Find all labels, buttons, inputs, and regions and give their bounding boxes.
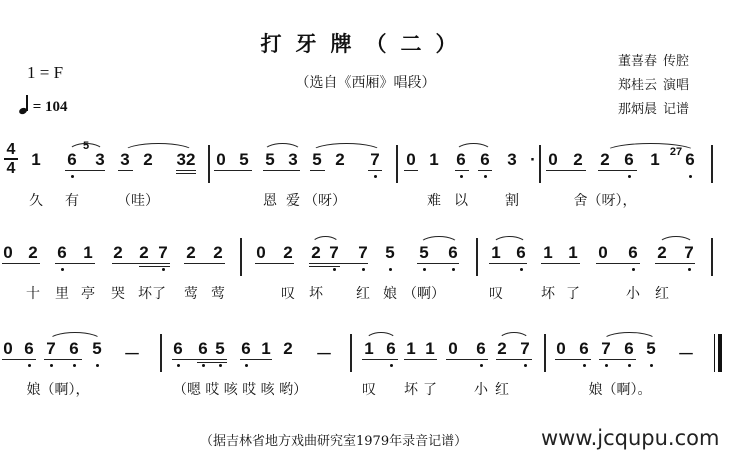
credit-name: 董喜春: [618, 54, 657, 69]
note: 7: [370, 151, 379, 168]
lyric: 哭: [111, 283, 125, 303]
octave-dot-below: [202, 364, 205, 367]
duration-underline: [118, 170, 133, 171]
duration-underline: [496, 359, 532, 360]
barline: [539, 145, 541, 183]
note: 0: [548, 151, 557, 168]
credit-name: 那炳晨: [618, 102, 657, 117]
duration-underline: [197, 359, 227, 360]
octave-dot-below: [628, 175, 631, 178]
note: 1: [261, 340, 270, 357]
lyric: 叹: [362, 379, 376, 399]
duration-underline: [404, 170, 418, 171]
octave-dot-below: [689, 175, 692, 178]
lyric: 坏: [541, 283, 555, 303]
note: 1: [406, 340, 415, 357]
lyric: 割: [505, 190, 519, 210]
octave-dot-below: [374, 175, 377, 178]
note: 2: [283, 340, 292, 357]
note: 2: [283, 244, 292, 261]
duration-underline: [598, 170, 637, 171]
note: 3: [120, 151, 129, 168]
duration-underline: [255, 263, 294, 264]
note: 7: [601, 340, 610, 357]
lyric: 红: [356, 283, 370, 303]
note: 32: [177, 151, 196, 168]
lyric: 以: [454, 190, 468, 210]
octave-dot-below: [460, 175, 463, 178]
duration-underline: [455, 170, 469, 171]
octave-dot-below: [452, 268, 455, 271]
note: 6: [67, 151, 76, 168]
lyric: 恩: [263, 190, 277, 210]
octave-dot-below: [524, 364, 527, 367]
note: 5: [265, 151, 274, 168]
duration-underline: [446, 359, 488, 360]
duration-underline: [139, 266, 170, 267]
slur: [605, 143, 696, 152]
note: 6: [448, 244, 457, 261]
lyric: 叹: [281, 283, 295, 303]
note: 6: [57, 244, 66, 261]
lyric: 娘: [383, 283, 397, 303]
slur: [658, 236, 694, 245]
note: 6: [173, 340, 182, 357]
octave-dot-below: [480, 364, 483, 367]
octave-dot-below: [520, 268, 523, 271]
lyric: 了: [423, 379, 437, 399]
note: 1: [83, 244, 92, 261]
lyric: 坏: [309, 283, 323, 303]
tempo-value: = 104: [33, 99, 68, 115]
note: 1: [491, 244, 500, 261]
slur: [48, 332, 102, 341]
octave-dot-below: [50, 364, 53, 367]
duration-underline: [263, 170, 300, 171]
lyric: 了: [566, 283, 580, 303]
barline: [350, 334, 352, 372]
lyric: 红: [495, 379, 509, 399]
note: 6: [241, 340, 250, 357]
credit-role: 演唱: [663, 78, 689, 93]
note: 2: [186, 244, 195, 261]
note: 0: [406, 151, 415, 168]
note: 6: [685, 151, 694, 168]
key-signature: 1 = F: [27, 63, 63, 83]
duration-underline: [184, 263, 225, 264]
note: 6: [516, 244, 525, 261]
note: 5: [419, 244, 428, 261]
note: 5: [385, 244, 394, 261]
note: 2: [143, 151, 152, 168]
lyric: 娘（啊）。: [589, 379, 652, 399]
lyric: 叹: [489, 283, 503, 303]
note: 6: [579, 340, 588, 357]
lyric: 小: [474, 379, 488, 399]
note: 5: [646, 340, 655, 357]
lyric: 难: [427, 190, 441, 210]
octave-dot-below: [96, 364, 99, 367]
octave-dot-below: [177, 364, 180, 367]
note: 2: [28, 244, 37, 261]
octave-dot-below: [362, 268, 365, 271]
note: 0: [216, 151, 225, 168]
note: 2: [139, 244, 148, 261]
slur: [68, 143, 104, 152]
sustain-dash: －: [124, 340, 141, 365]
credits: 董喜春传腔 郑桂云演唱 那炳晨记谱: [618, 50, 695, 122]
duration-underline: [214, 170, 252, 171]
final-barline-thick: [718, 334, 722, 372]
note: 7: [520, 340, 529, 357]
slur: [365, 332, 397, 341]
note: 0: [3, 244, 12, 261]
octave-dot-below: [389, 268, 392, 271]
duration-underline: [478, 170, 492, 171]
octave-dot-below: [650, 364, 653, 367]
octave-dot-below: [583, 364, 586, 367]
source-note: （据吉林省地方戏曲研究室1979年录音记谱）: [200, 430, 467, 449]
final-barline-thin: [714, 334, 715, 372]
octave-dot-below: [162, 268, 165, 271]
octave-dot-below: [423, 268, 426, 271]
barline: [476, 238, 478, 276]
lyric: 舍（呀），: [574, 190, 637, 210]
duration-underline: [240, 359, 272, 360]
duration-underline: [55, 263, 95, 264]
duration-underline: [176, 173, 196, 174]
note: 7: [684, 244, 693, 261]
note: 5: [312, 151, 321, 168]
note: 0: [448, 340, 457, 357]
note: 5: [215, 340, 224, 357]
lyric: 娘（啊），: [27, 379, 90, 399]
octave-dot-below: [333, 268, 336, 271]
lyric: 坏了: [138, 283, 166, 303]
time-signature-top: 4: [4, 142, 18, 157]
note: 7: [329, 244, 338, 261]
note: 1: [425, 340, 434, 357]
note: 5: [92, 340, 101, 357]
note: 6: [624, 151, 633, 168]
duration-underline: [309, 266, 340, 267]
duration-underline: [197, 362, 227, 363]
octave-dot-below: [245, 364, 248, 367]
note: 6: [624, 340, 633, 357]
lyric: 久: [29, 190, 43, 210]
note: 2: [335, 151, 344, 168]
slur: [492, 236, 527, 245]
octave-dot-below: [73, 364, 76, 367]
note: 3: [95, 151, 104, 168]
octave-dot-below: [632, 268, 635, 271]
duration-underline: [44, 359, 82, 360]
time-signature: 4 4: [4, 142, 18, 176]
note: 1: [429, 151, 438, 168]
lyric: 坏: [404, 379, 418, 399]
duration-underline: [309, 263, 340, 264]
sustain-dash: －: [678, 340, 695, 365]
credit-row: 那炳晨记谱: [618, 98, 695, 122]
barline: [160, 334, 162, 372]
lyric: 红: [655, 283, 669, 303]
octave-dot-below: [688, 268, 691, 271]
lyric: （哇）: [117, 190, 159, 210]
duration-underline: [417, 263, 459, 264]
duration-underline: [65, 170, 105, 171]
duration-underline: [655, 263, 695, 264]
note: 1: [364, 340, 373, 357]
duration-underline: [368, 170, 382, 171]
note: 1: [31, 151, 40, 168]
lyric: 亭: [81, 283, 95, 303]
duration-underline: [555, 359, 591, 360]
slur: [455, 143, 492, 152]
duration-underline: [596, 263, 640, 264]
credit-row: 董喜春传腔: [618, 50, 695, 74]
tempo-marking: = 104: [19, 96, 68, 116]
slur: [311, 143, 382, 152]
note: 6: [628, 244, 637, 261]
note: 2: [213, 244, 222, 261]
octave-dot-below: [219, 364, 222, 367]
barline: [208, 145, 210, 183]
sustain-dash: －: [316, 340, 333, 365]
lyric: 有: [65, 190, 79, 210]
website-watermark: www.jcqupu.com: [541, 426, 719, 450]
note: 2: [657, 244, 666, 261]
note: 5: [239, 151, 248, 168]
barline: [544, 334, 546, 372]
slur: [498, 332, 530, 341]
note: 7: [358, 244, 367, 261]
lyric: （呀）: [304, 190, 346, 210]
slur: [123, 143, 194, 152]
duration-underline: [2, 359, 36, 360]
barline: [240, 238, 242, 276]
duration-underline: [599, 359, 636, 360]
note: 7: [46, 340, 55, 357]
note: 1: [568, 244, 577, 261]
note: 2: [497, 340, 506, 357]
note: 6: [69, 340, 78, 357]
note: 6: [480, 151, 489, 168]
duration-underline: [139, 263, 170, 264]
time-signature-bottom: 4: [4, 161, 18, 176]
octave-dot-below: [61, 268, 64, 271]
octave-dot-below: [390, 364, 393, 367]
note: 1: [650, 151, 659, 168]
octave-dot-below: [28, 364, 31, 367]
note: 0: [256, 244, 265, 261]
note: 2: [311, 244, 320, 261]
note: 0: [598, 244, 607, 261]
slur: [602, 332, 657, 341]
octave-dot-below: [628, 364, 631, 367]
octave-dot-below: [484, 175, 487, 178]
note: 2: [573, 151, 582, 168]
note: ·: [530, 151, 536, 168]
lyric: （啊）: [403, 283, 445, 303]
lyric: （嗯 哎 咳 哎 咳 哟）: [173, 379, 307, 399]
lyric: 小: [626, 283, 640, 303]
slur: [419, 236, 459, 245]
duration-underline: [404, 359, 437, 360]
lyric: 十: [26, 283, 40, 303]
note: 6: [386, 340, 395, 357]
credit-role: 记谱: [663, 102, 689, 117]
lyric: 莺: [184, 283, 198, 303]
note: 7: [158, 244, 167, 261]
duration-underline: [310, 170, 325, 171]
note: 6: [456, 151, 465, 168]
barline: [711, 238, 713, 276]
octave-dot-below: [71, 175, 74, 178]
credit-row: 郑桂云演唱: [618, 74, 695, 98]
credit-name: 郑桂云: [618, 78, 657, 93]
note: 1: [543, 244, 552, 261]
note: 3: [507, 151, 516, 168]
barline: [396, 145, 398, 183]
slur: [263, 143, 302, 152]
duration-underline: [362, 359, 398, 360]
duration-underline: [541, 263, 580, 264]
lyric: 莺: [211, 283, 225, 303]
duration-underline: [176, 170, 196, 171]
note: 3: [288, 151, 297, 168]
note: 6: [24, 340, 33, 357]
note: 2: [600, 151, 609, 168]
lyric: 爱: [286, 190, 300, 210]
octave-dot-below: [605, 364, 608, 367]
duration-underline: [546, 170, 586, 171]
credit-role: 传腔: [663, 54, 689, 69]
note: 0: [556, 340, 565, 357]
duration-underline: [489, 263, 527, 264]
lyric: 里: [55, 283, 69, 303]
note: 0: [3, 340, 12, 357]
quarter-note-icon: [19, 96, 29, 114]
duration-underline: [2, 263, 40, 264]
note: 6: [198, 340, 207, 357]
note: 2: [113, 244, 122, 261]
barline: [711, 145, 713, 183]
slur: [311, 236, 340, 245]
note: 6: [476, 340, 485, 357]
